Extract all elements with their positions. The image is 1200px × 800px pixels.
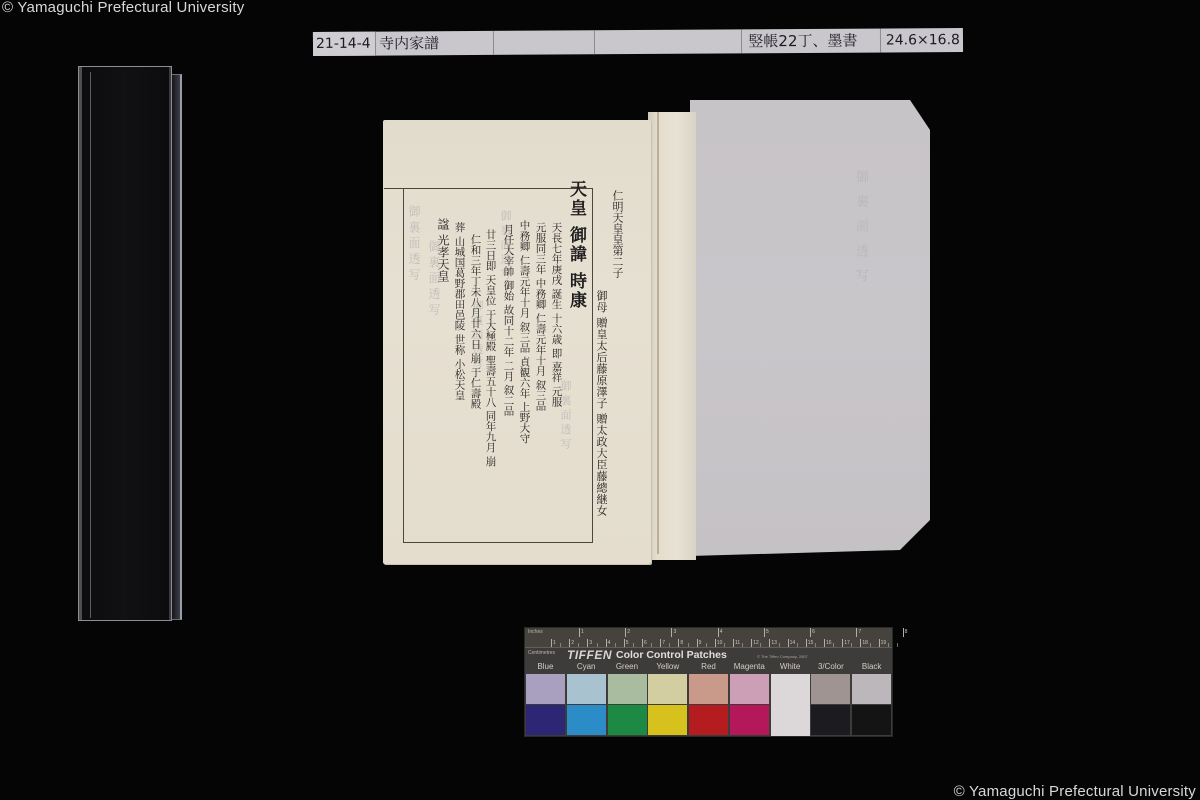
- ruler-minor-tick: [806, 643, 807, 647]
- patch-labels: BlueCyanGreenYellowRedMagentaWhite3/Colo…: [525, 662, 892, 674]
- ruler-cm-number: 6: [644, 640, 647, 646]
- ruler-cm-tick: [551, 639, 552, 647]
- ruler-minor-tick: [870, 643, 871, 647]
- ruler-cm-number: 16: [826, 640, 832, 646]
- ruler-minor-tick: [788, 643, 789, 647]
- ruler-cm-number: 2: [571, 640, 574, 646]
- tiffen-logo: TIFFEN: [567, 648, 612, 662]
- ruler-minor-tick: [760, 643, 761, 647]
- ruler-cm-number: 4: [608, 640, 611, 646]
- patch-label: Yellow: [647, 662, 688, 674]
- color-patches: [525, 674, 892, 738]
- ruler-minor-tick: [615, 643, 616, 647]
- ruler-minor-tick: [697, 643, 698, 647]
- ruler-inch-number: 8: [905, 629, 908, 635]
- ruler-minor-tick: [587, 643, 588, 647]
- color-patch-magenta-bottom: [730, 705, 769, 735]
- ruler-minor-tick: [815, 643, 816, 647]
- color-patch-yellow-top: [648, 674, 687, 704]
- ruler-minor-tick: [797, 643, 798, 647]
- color-patch-black-top: [852, 674, 891, 704]
- color-patch-yellow-bottom: [648, 705, 687, 735]
- copyright-watermark-top: © Yamaguchi Prefectural University: [2, 0, 244, 16]
- ruler-cm-number: 18: [862, 640, 868, 646]
- ruler: Inches 123456789101112131415161718191234…: [525, 628, 892, 648]
- ruler-minor-tick: [706, 643, 707, 647]
- ruler-minor-tick: [833, 643, 834, 647]
- ruler-inch-tick: [625, 628, 626, 637]
- ruler-inch-tick: [671, 628, 672, 637]
- book-fold-crease: [657, 112, 659, 554]
- patch-label: White: [770, 662, 811, 674]
- ruler-cm-number: 12: [753, 640, 759, 646]
- ruler-inch-number: 7: [858, 629, 861, 635]
- ruler-minor-tick: [569, 643, 570, 647]
- ruler-minor-tick: [733, 643, 734, 647]
- ruler-cm-number: 5: [626, 640, 629, 646]
- ruler-inch-tick: [903, 628, 904, 637]
- ruler-cm-number: 8: [680, 640, 683, 646]
- color-patch-cyan-bottom: [567, 705, 606, 735]
- ruler-minor-tick: [597, 643, 598, 647]
- color-patch-3-color-top: [811, 674, 850, 704]
- ruler-cm-number: 15: [808, 640, 814, 646]
- ruler-cm-number: 19: [881, 640, 887, 646]
- ruler-minor-tick: [688, 643, 689, 647]
- ruler-minor-tick: [824, 643, 825, 647]
- ruler-inch-tick: [810, 628, 811, 637]
- ruler-inch-number: 3: [673, 629, 676, 635]
- catalog-label-strip: 21-14-4 寺内家譜 竪帳22丁、墨書 24.6×16.8: [313, 28, 963, 56]
- acrylic-bar-highlight: [90, 72, 91, 618]
- acrylic-bar-edge: [172, 74, 182, 620]
- ruler-cm-number: 10: [717, 640, 723, 646]
- ruler-cm-label: Centimetres: [528, 650, 555, 656]
- ruler-minor-tick: [751, 643, 752, 647]
- catalog-dimensions: 24.6×16.8: [881, 28, 963, 53]
- ruler-minor-tick: [669, 643, 670, 647]
- ruler-cm-number: 7: [662, 640, 665, 646]
- ruler-inch-tick: [764, 628, 765, 637]
- catalog-blank-cell: [494, 30, 594, 55]
- copyright-watermark-bottom: © Yamaguchi Prefectural University: [954, 783, 1196, 800]
- ruler-minor-tick: [560, 643, 561, 647]
- ruler-minor-tick: [897, 643, 898, 647]
- ruler-minor-tick: [660, 643, 661, 647]
- ruler-cm-number: 17: [844, 640, 850, 646]
- catalog-title: 寺内家譜: [376, 31, 494, 56]
- ruler-minor-tick: [633, 643, 634, 647]
- patch-label: Red: [688, 662, 729, 674]
- ruler-inch-tick: [856, 628, 857, 637]
- book-page-right: [690, 100, 930, 556]
- color-patch-green-top: [608, 674, 647, 704]
- patch-label: Green: [607, 662, 648, 674]
- ruler-inch-number: 1: [581, 629, 584, 635]
- catalog-blank-cell: [594, 29, 742, 54]
- color-control-chart: Inches 123456789101112131415161718191234…: [524, 627, 893, 737]
- ruler-minor-tick: [578, 643, 579, 647]
- color-patch-red-bottom: [689, 705, 728, 735]
- ruler-minor-tick: [779, 643, 780, 647]
- color-patch-cyan-top: [567, 674, 606, 704]
- ruler-cm-number: 13: [771, 640, 777, 646]
- ruler-cm-number: 14: [790, 640, 796, 646]
- ruler-minor-tick: [624, 643, 625, 647]
- color-patch-blue-top: [526, 674, 565, 704]
- ruler-inch-number: 6: [812, 629, 815, 635]
- ruler-minor-tick: [678, 643, 679, 647]
- color-patch-3-color-bottom: [811, 705, 850, 735]
- ruler-minor-tick: [742, 643, 743, 647]
- color-patch-magenta-top: [730, 674, 769, 704]
- patch-label: 3/Color: [810, 662, 851, 674]
- color-patch-black-bottom: [852, 705, 891, 735]
- ruler-cm-number: 1: [553, 640, 556, 646]
- catalog-id: 21-14-4: [313, 32, 376, 56]
- acrylic-bar-face: [78, 66, 172, 621]
- color-patch-red-top: [689, 674, 728, 704]
- ruler-minor-tick: [606, 643, 607, 647]
- ruler-minor-tick: [879, 643, 880, 647]
- color-patch-white: [771, 674, 810, 736]
- ruler-minor-tick: [851, 643, 852, 647]
- ruler-minor-tick: [642, 643, 643, 647]
- book-page-left: [383, 120, 651, 564]
- patch-label: Black: [851, 662, 892, 674]
- catalog-format: 竪帳22丁、墨書: [742, 29, 881, 54]
- book-fold: [648, 112, 696, 560]
- ruler-cm-number: 9: [699, 640, 702, 646]
- ruler-inch-number: 2: [627, 629, 630, 635]
- ruler-cm-number: 3: [589, 640, 592, 646]
- ruler-inch-tick: [579, 628, 580, 637]
- patch-label: Blue: [525, 662, 566, 674]
- chart-title: Color Control Patches: [616, 649, 727, 661]
- ruler-inch-tick: [718, 628, 719, 637]
- ruler-inch-label: Inches: [528, 629, 543, 635]
- patch-label: Magenta: [729, 662, 770, 674]
- chart-copyright: © The Tiffen Company, 2007: [757, 654, 808, 659]
- ruler-inch-number: 5: [766, 629, 769, 635]
- ruler-minor-tick: [888, 643, 889, 647]
- ruler-minor-tick: [842, 643, 843, 647]
- ruler-minor-tick: [715, 643, 716, 647]
- ruler-cm-number: 11: [735, 640, 740, 646]
- ruler-minor-tick: [860, 643, 861, 647]
- ruler-minor-tick: [769, 643, 770, 647]
- ruler-inch-number: 4: [720, 629, 723, 635]
- color-patch-blue-bottom: [526, 705, 565, 735]
- patch-label: Cyan: [566, 662, 607, 674]
- ruler-minor-tick: [724, 643, 725, 647]
- ruler-minor-tick: [651, 643, 652, 647]
- color-patch-green-bottom: [608, 705, 647, 735]
